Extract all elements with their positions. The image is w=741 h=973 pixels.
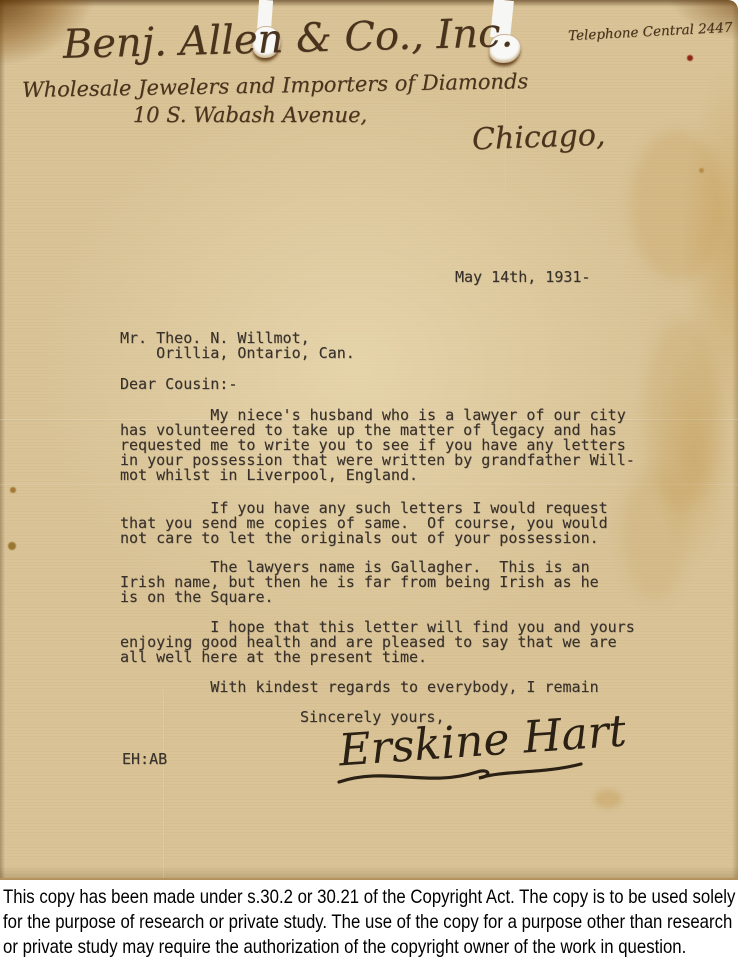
copyright-notice-line: for the purpose of research or private s… [3, 910, 735, 935]
stain [645, 320, 720, 510]
stain [622, 470, 687, 600]
body-paragraph: My niece's husband who is a lawyer of ou… [120, 408, 635, 483]
copyright-notice-text: This copy has been made under s.30.2 or … [3, 885, 735, 960]
handwritten-signature: Erskine Hart [325, 698, 625, 798]
speck [687, 55, 693, 61]
body-paragraph: If you have any such letters I would req… [120, 501, 608, 546]
stain [630, 130, 725, 280]
body-paragraph: I hope that this letter will find you an… [120, 620, 635, 665]
copyright-notice-strip: This copy has been made under s.30.2 or … [0, 880, 741, 973]
copyright-notice-line: This copy has been made under s.30.2 or … [3, 885, 735, 910]
speck [10, 487, 16, 493]
copyright-notice-line: or private study may require the authori… [3, 935, 735, 960]
letter-date: May 14th, 1931- [455, 270, 590, 285]
letterhead-city: Chicago, [471, 118, 605, 158]
recipient-address-block: Mr. Theo. N. Willmot, Orillia, Ontario, … [120, 331, 355, 361]
fold-crease-vertical [163, 690, 165, 878]
speck [8, 542, 16, 550]
salutation: Dear Cousin:- [120, 377, 237, 392]
letter-paper: Telephone Central 2447 Benj. Allen & Co.… [0, 0, 738, 880]
speck [699, 168, 704, 173]
signature-text: Erskine Hart [336, 705, 625, 776]
scanned-letter-page: Telephone Central 2447 Benj. Allen & Co.… [0, 0, 741, 973]
typist-initials: EH:AB [122, 752, 167, 767]
letterhead-tagline: Wholesale Jewelers and Importers of Diam… [22, 70, 478, 102]
closing-line: With kindest regards to everybody, I rem… [120, 680, 599, 695]
body-paragraph: The lawyers name is Gallagher. This is a… [120, 560, 599, 605]
letterhead-phone: Telephone Central 2447 [568, 20, 733, 45]
letterhead-company-name: Benj. Allen & Co., Inc. [57, 10, 518, 68]
letterhead-street-address: 10 S. Wabash Avenue, [100, 103, 400, 127]
fold-crease-horizontal [0, 484, 738, 486]
